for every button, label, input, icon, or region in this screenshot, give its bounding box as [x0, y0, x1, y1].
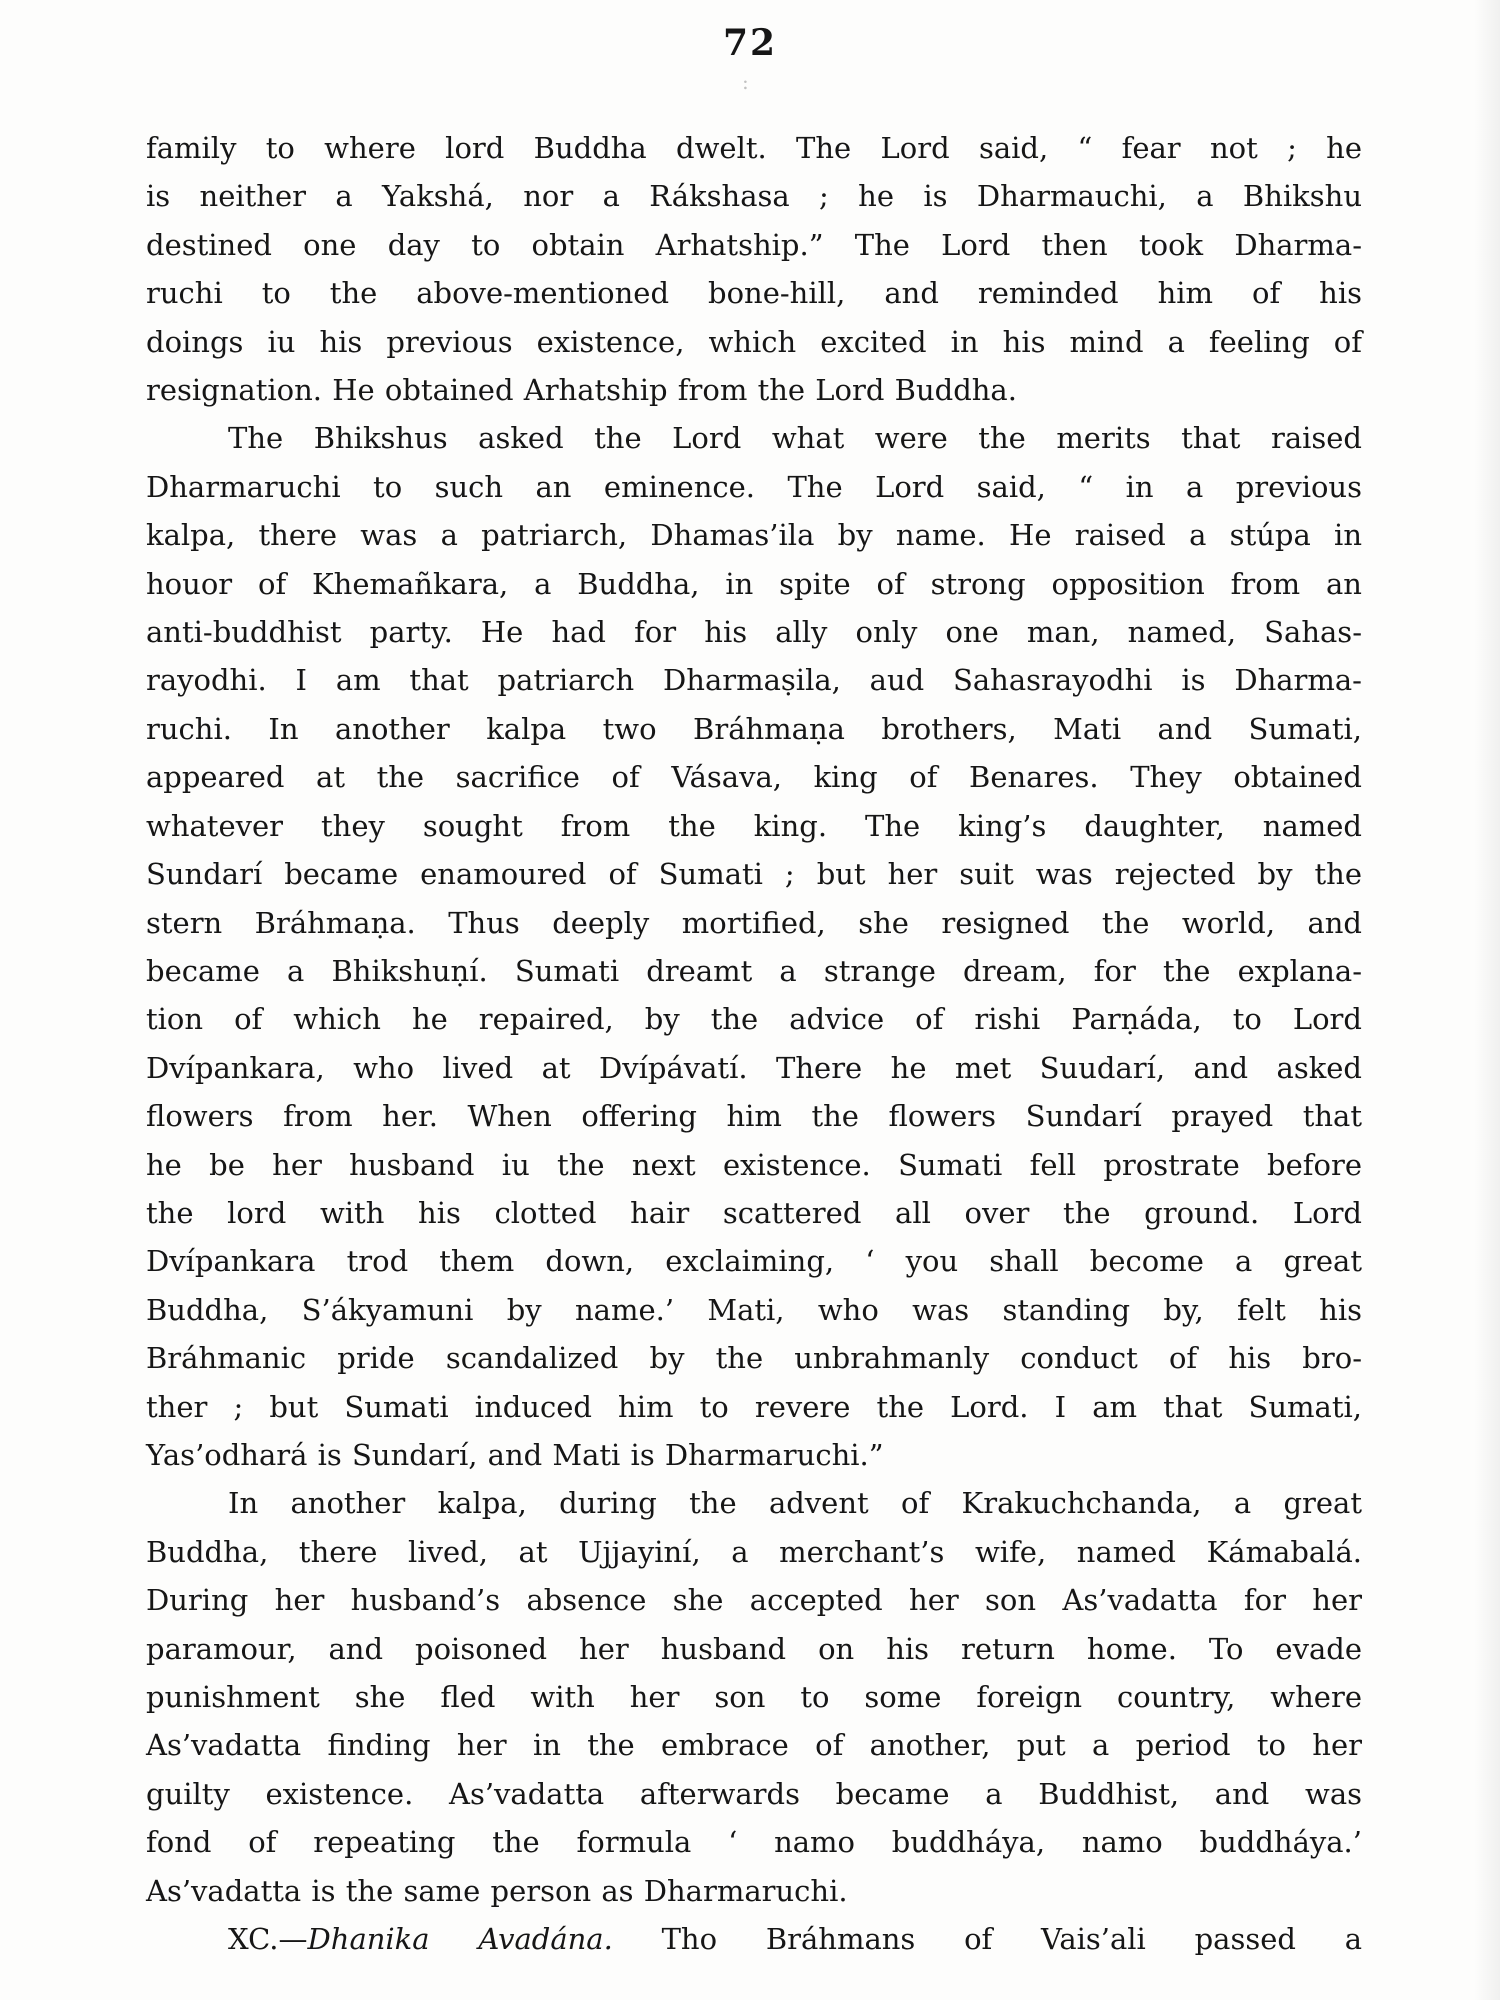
text-line: the lord with his clotted hair scattered…: [146, 1189, 1362, 1237]
paragraph-4: XC.—Dhanika Avadána. Tho Bráhmans of Vai…: [146, 1915, 1362, 1963]
text-block: family to where lord Buddha dwelt. The L…: [146, 124, 1362, 1963]
text-line: destined one day to obtain Arhatship.” T…: [146, 221, 1362, 269]
text-segment: Tho Bráhmans of Vais’ali passed a: [613, 1922, 1362, 1956]
text-line: Dharmaruchi to such an eminence. The Lor…: [146, 463, 1362, 511]
text-line: is neither a Yakshá, nor a Rákshasa ; he…: [146, 172, 1362, 220]
paragraph-2: The Bhikshus asked the Lord what were th…: [146, 414, 1362, 1479]
text-line: ther ; but Sumati induced him to revere …: [146, 1383, 1362, 1431]
text-line: tion of which he repaired, by the advice…: [146, 995, 1362, 1043]
paragraph-3: In another kalpa, during the advent of K…: [146, 1479, 1362, 1915]
text-line: As’vadatta finding her in the embrace of…: [146, 1721, 1362, 1769]
text-line: Dvípankara trod them down, exclaiming, ‘…: [146, 1237, 1362, 1285]
text-line: Sundarí became enamoured of Sumati ; but…: [146, 850, 1362, 898]
text-line: Bráhmanic pride scandalized by the unbra…: [146, 1334, 1362, 1382]
text-line: In another kalpa, during the advent of K…: [146, 1479, 1362, 1527]
text-line: became a Bhikshuṇí. Sumati dreamt a stra…: [146, 947, 1362, 995]
text-line: flowers from her. When offering him the …: [146, 1092, 1362, 1140]
text-line: whatever they sought from the king. The …: [146, 802, 1362, 850]
scan-edge-shadow: [1474, 0, 1500, 2000]
text-line: rayodhi. I am that patriarch Dharmaṣila,…: [146, 656, 1362, 704]
page-number: 72: [0, 22, 1500, 64]
text-line: Buddha, there lived, at Ujjayiní, a merc…: [146, 1528, 1362, 1576]
text-line: During her husband’s absence she accepte…: [146, 1576, 1362, 1624]
avadana-title-italic: Dhanika Avadána.: [308, 1922, 613, 1956]
text-line: houor of Khemañkara, a Buddha, in spite …: [146, 560, 1362, 608]
text-line: paramour, and poisoned her husband on hi…: [146, 1625, 1362, 1673]
text-line: anti-buddhist party. He had for his ally…: [146, 608, 1362, 656]
text-line: fond of repeating the formula ‘ namo bud…: [146, 1818, 1362, 1866]
text-line: he be her husband iu the next existence.…: [146, 1141, 1362, 1189]
text-line: doings iu his previous existence, which …: [146, 318, 1362, 366]
text-line: XC.—Dhanika Avadána. Tho Bráhmans of Vai…: [146, 1915, 1362, 1963]
text-line: appeared at the sacrifice of Vásava, kin…: [146, 753, 1362, 801]
text-line: resignation. He obtained Arhatship from …: [146, 366, 1362, 414]
text-line: Dvípankara, who lived at Dvípávatí. Ther…: [146, 1044, 1362, 1092]
text-line: stern Bráhmaṇa. Thus deeply mortified, s…: [146, 899, 1362, 947]
text-line: family to where lord Buddha dwelt. The L…: [146, 124, 1362, 172]
text-line: ruchi to the above-mentioned bone-hill, …: [146, 269, 1362, 317]
text-line: As’vadatta is the same person as Dharmar…: [146, 1867, 1362, 1915]
paragraph-1: family to where lord Buddha dwelt. The L…: [146, 124, 1362, 414]
scan-speck-artifact: :: [742, 76, 747, 102]
text-line: guilty existence. As’vadatta afterwards …: [146, 1770, 1362, 1818]
text-line: ruchi. In another kalpa two Bráhmaṇa bro…: [146, 705, 1362, 753]
text-line: The Bhikshus asked the Lord what were th…: [146, 414, 1362, 462]
text-line: Yas’odhará is Sundarí, and Mati is Dharm…: [146, 1431, 1362, 1479]
text-segment: XC.—: [228, 1922, 308, 1956]
text-line: kalpa, there was a patriarch, Dhamas’ila…: [146, 511, 1362, 559]
text-line: punishment she fled with her son to some…: [146, 1673, 1362, 1721]
text-line: Buddha, S’ákyamuni by name.’ Mati, who w…: [146, 1286, 1362, 1334]
